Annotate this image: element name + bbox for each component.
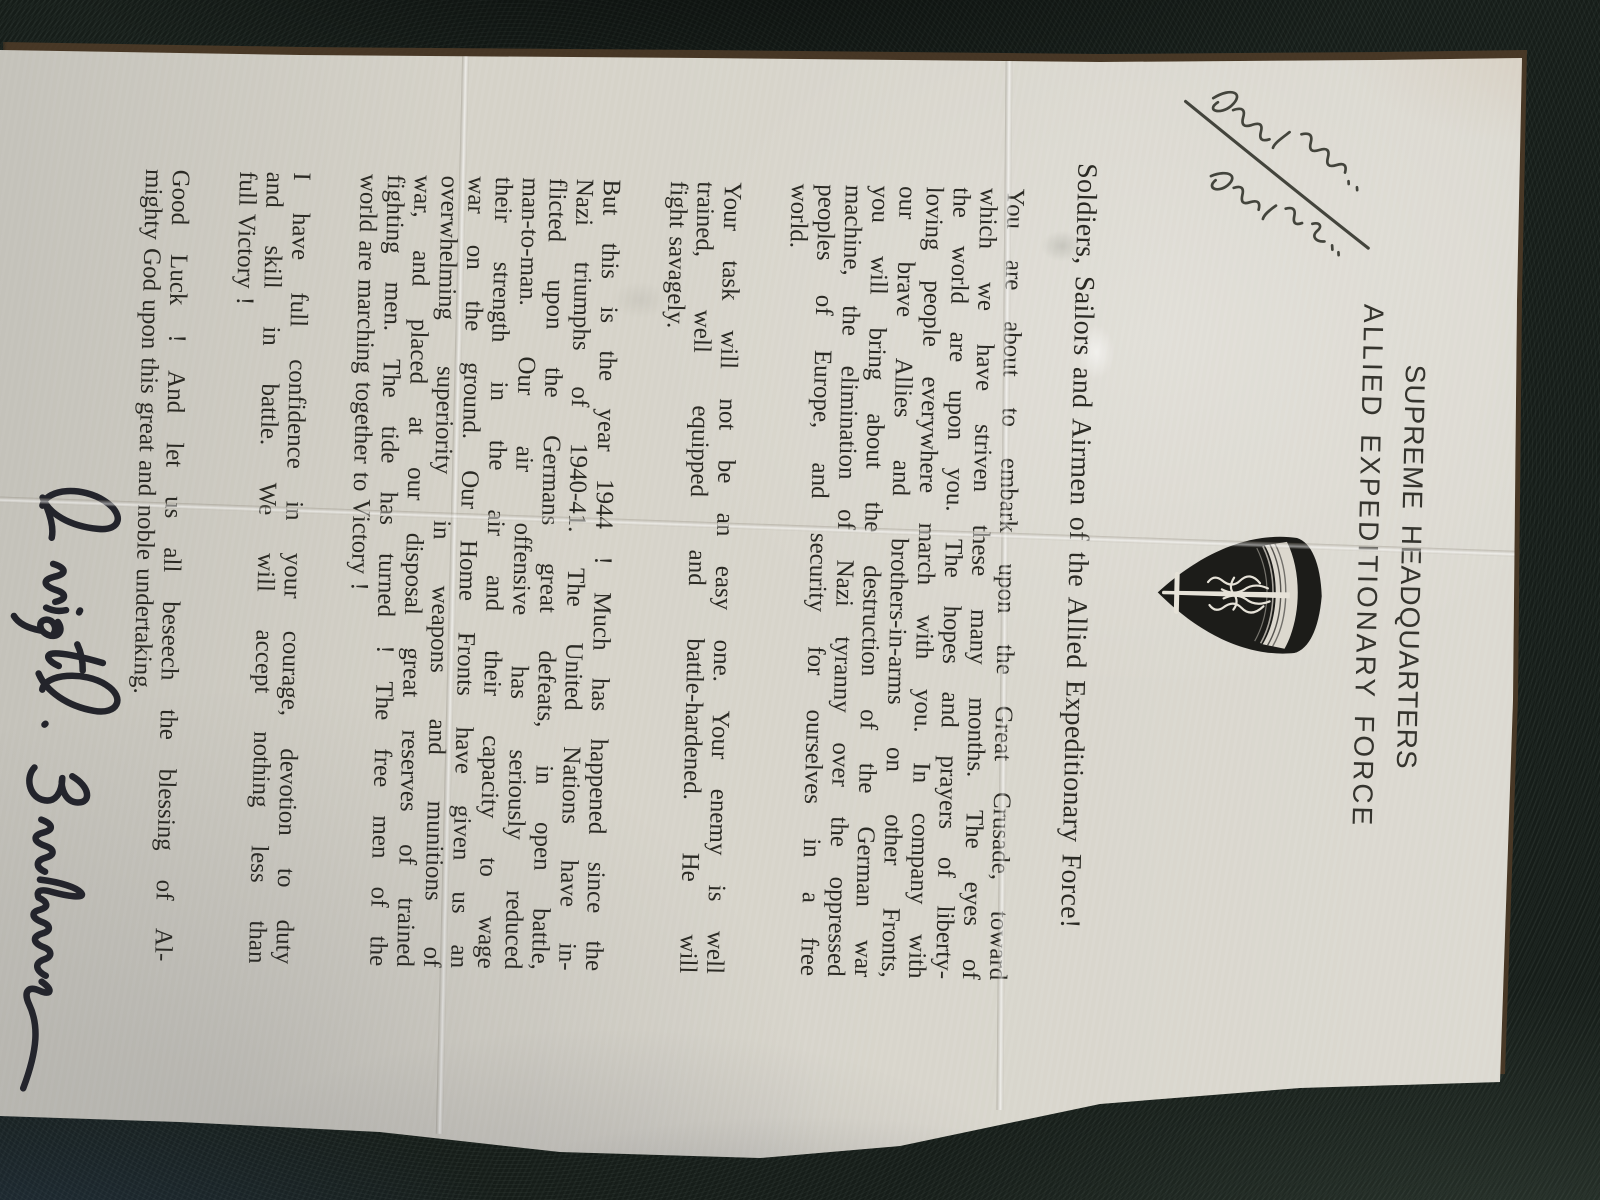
paragraph: I have full confidence in your courage, …	[216, 171, 315, 965]
letterhead-line1: SUPREME HEADQUARTERS	[1384, 54, 1437, 1079]
paragraph: You are about to embark upon the Great C…	[768, 183, 1029, 980]
photo-of-dday-order-letter: SUPREME HEADQUARTERS ALLIED EXPEDITIONAR…	[0, 0, 1600, 1200]
paragraph: Your task will not be an easy one. Your …	[647, 181, 746, 975]
letter-content-rotated: SUPREME HEADQUARTERS ALLIED EXPEDITIONAR…	[0, 22, 1521, 1082]
letter-body: You are about to embark upon the Great C…	[82, 168, 1029, 981]
paragraph: But this is the year 1944 ! Much has hap…	[337, 174, 625, 972]
shaef-shield-emblem	[1152, 529, 1327, 660]
salutation-line: Soldiers, Sailors and Airmen of the Alli…	[1053, 163, 1102, 929]
letter-paper: SUPREME HEADQUARTERS ALLIED EXPEDITIONAR…	[0, 0, 1600, 1200]
eisenhower-signature	[0, 474, 145, 1103]
